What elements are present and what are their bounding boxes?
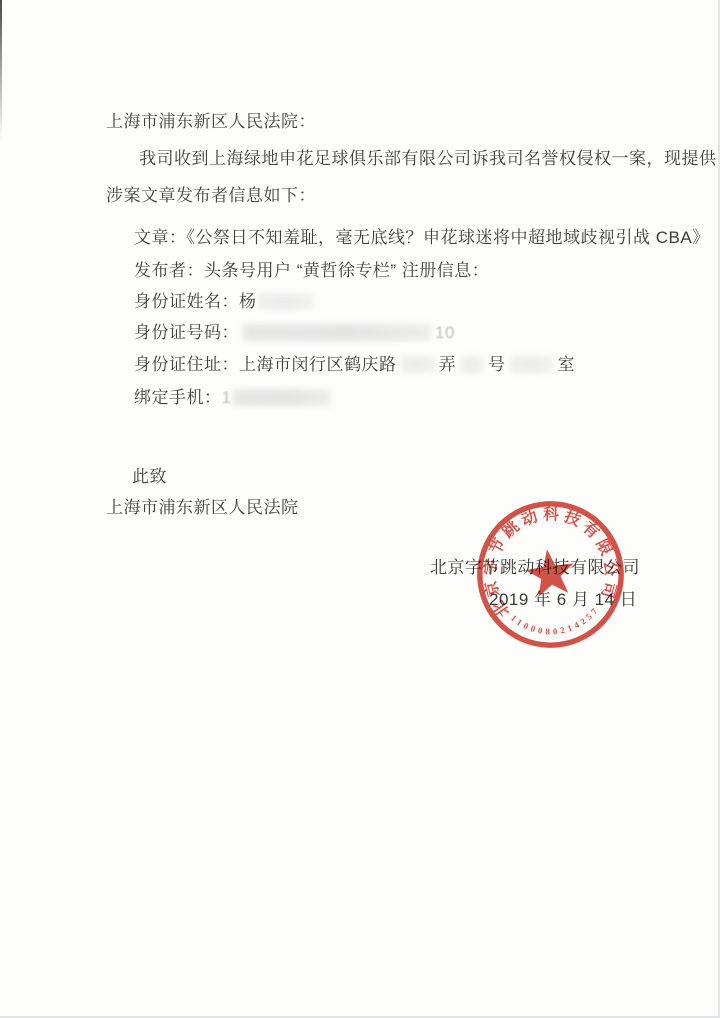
intro-line-1: 我司收到上海绿地申花足球俱乐部有限公司诉我司名誉权侵权一案，现提供 [139, 148, 717, 170]
scan-edge-left-artifact [0, 0, 2, 140]
field-address-no: 号 [488, 355, 506, 374]
redaction-id-number [243, 324, 431, 341]
redaction-address-lane [401, 356, 435, 373]
publisher-line: 发布者：头条号用户 “黄哲徐专栏” 注册信息： [134, 260, 489, 282]
field-id-number-line: 身份证号码：10 [134, 322, 455, 344]
field-phone-line: 绑定手机：1 [134, 387, 335, 409]
field-address-part1: 上海市闵行区鹤庆路 [239, 355, 397, 374]
redaction-address-no [460, 356, 484, 373]
field-phone-remnant: 1 [222, 388, 232, 407]
closing-salute: 此致 [132, 466, 167, 488]
field-id-number-label: 身份证号码： [134, 323, 239, 342]
field-address-room: 室 [558, 355, 576, 374]
company-seal: 北京字节跳动科技有限公司 1100080214257 [462, 486, 639, 663]
recipient-line: 上海市浦东新区人民法院： [106, 111, 316, 133]
field-id-number-remnant: 10 [435, 323, 455, 342]
redaction-address-room [510, 356, 554, 373]
redaction-name [258, 293, 314, 310]
field-id-name-line: 身份证姓名：杨 [134, 291, 318, 313]
article-title-line: 文章：《公祭日不知羞耻，毫无底线？申花球迷将中超地域歧视引战 CBA》 [134, 227, 710, 249]
field-address-lane: 弄 [439, 355, 457, 374]
field-address-label: 身份证住址： [134, 355, 239, 374]
field-id-name-label: 身份证姓名： [134, 292, 239, 311]
redaction-phone [233, 389, 331, 406]
scanned-letter-page: { "doc": { "recipient": "上海市浦东新区人民法院：", … [0, 0, 720, 1018]
field-phone-label: 绑定手机： [134, 388, 222, 407]
field-id-name-value: 杨 [239, 292, 257, 311]
intro-line-2: 涉案文章发布者信息如下： [106, 185, 316, 207]
field-address-line: 身份证住址：上海市闵行区鹤庆路弄号室 [134, 354, 575, 376]
seal-star-icon [523, 546, 577, 598]
closing-court: 上海市浦东新区人民法院 [106, 497, 299, 519]
